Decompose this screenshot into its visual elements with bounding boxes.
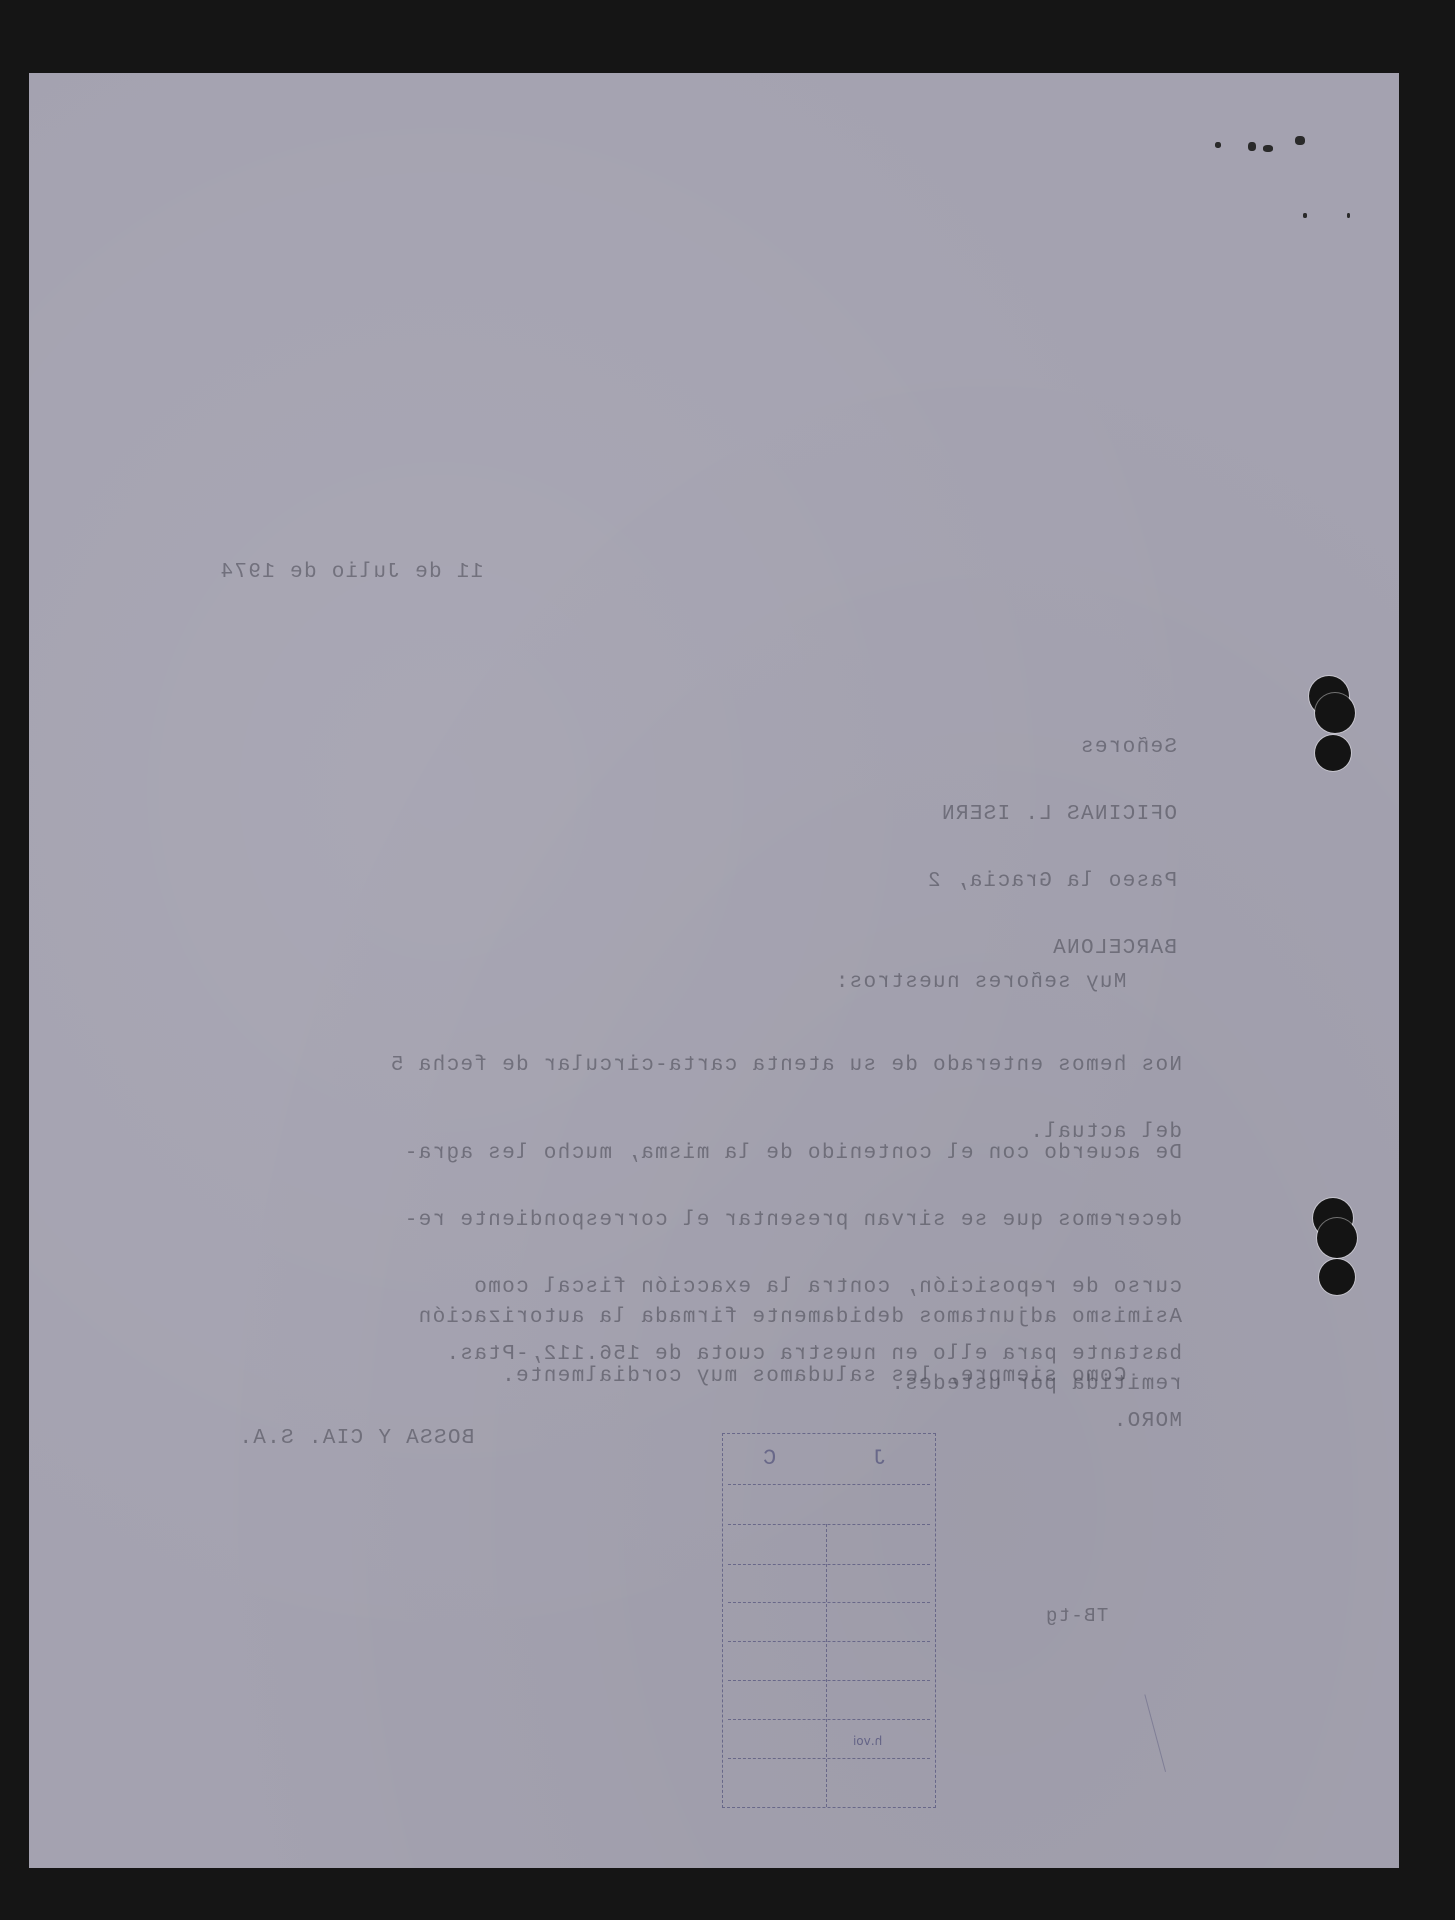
address-line: Paseo la Gracia, 2 — [967, 871, 1177, 896]
closing-text: Como siempre, les saludamos muy cordialm… — [501, 1365, 1127, 1388]
stamp-row — [728, 1524, 930, 1525]
address-line: Señores — [967, 737, 1177, 762]
typist-initials: TB-tg — [1079, 1588, 1159, 1645]
signature-company: BOSSA Y CIA. S.A. — [220, 1407, 530, 1470]
stamp-row — [728, 1564, 930, 1565]
pin-hole — [1303, 213, 1307, 218]
initials-text: TB-tg — [1045, 1605, 1109, 1627]
stamp-row — [728, 1602, 930, 1603]
punch-hole — [1317, 1218, 1357, 1258]
stamp-row — [728, 1758, 930, 1759]
stamp-row — [728, 1484, 930, 1485]
stamp-header-right: J — [873, 1446, 886, 1471]
stamp-note: h.voi — [853, 1734, 882, 1748]
pen-stroke — [1144, 1684, 1204, 1772]
pin-hole — [1295, 136, 1305, 145]
stamp-row — [728, 1641, 930, 1642]
stamp-column-divider — [826, 1524, 827, 1807]
pin-hole — [1263, 145, 1273, 152]
salutation: Muy señores nuestros: — [947, 951, 1182, 1014]
pin-hole — [1215, 142, 1221, 148]
punch-hole — [1315, 735, 1351, 771]
stamp-row — [728, 1719, 930, 1720]
closing: Como siempre, les saludamos muy cordialm… — [427, 1345, 1182, 1408]
punch-hole — [1315, 693, 1355, 733]
pin-hole — [1248, 142, 1256, 151]
routing-stamp: C J h.voi — [722, 1433, 936, 1808]
stamp-row — [728, 1680, 930, 1681]
paragraph-line: Nos hemos enterado de su atenta carta-ci… — [234, 1055, 1182, 1080]
paragraph-line: De acuerdo con el contenido de la misma,… — [234, 1143, 1182, 1168]
letter-date: 11 de Julio de 1974 — [214, 541, 539, 604]
date-text: 11 de Julio de 1974 — [219, 561, 483, 584]
pin-hole — [1347, 213, 1350, 218]
address-line: OFICINAS L. ISERN — [967, 804, 1177, 829]
paragraph-line: Asimismo adjuntamos debidamente firmada … — [234, 1307, 1182, 1332]
salutation-text: Muy señores nuestros: — [834, 971, 1126, 994]
paragraph-line: deceremos que se sirvan presentar el cor… — [234, 1210, 1182, 1235]
signature-text: BOSSA Y CIA. S.A. — [238, 1427, 474, 1450]
stamp-header-left: C — [763, 1446, 776, 1471]
punch-hole — [1319, 1259, 1355, 1295]
document-page: 11 de Julio de 1974 Señores OFICINAS L. … — [29, 73, 1399, 1868]
